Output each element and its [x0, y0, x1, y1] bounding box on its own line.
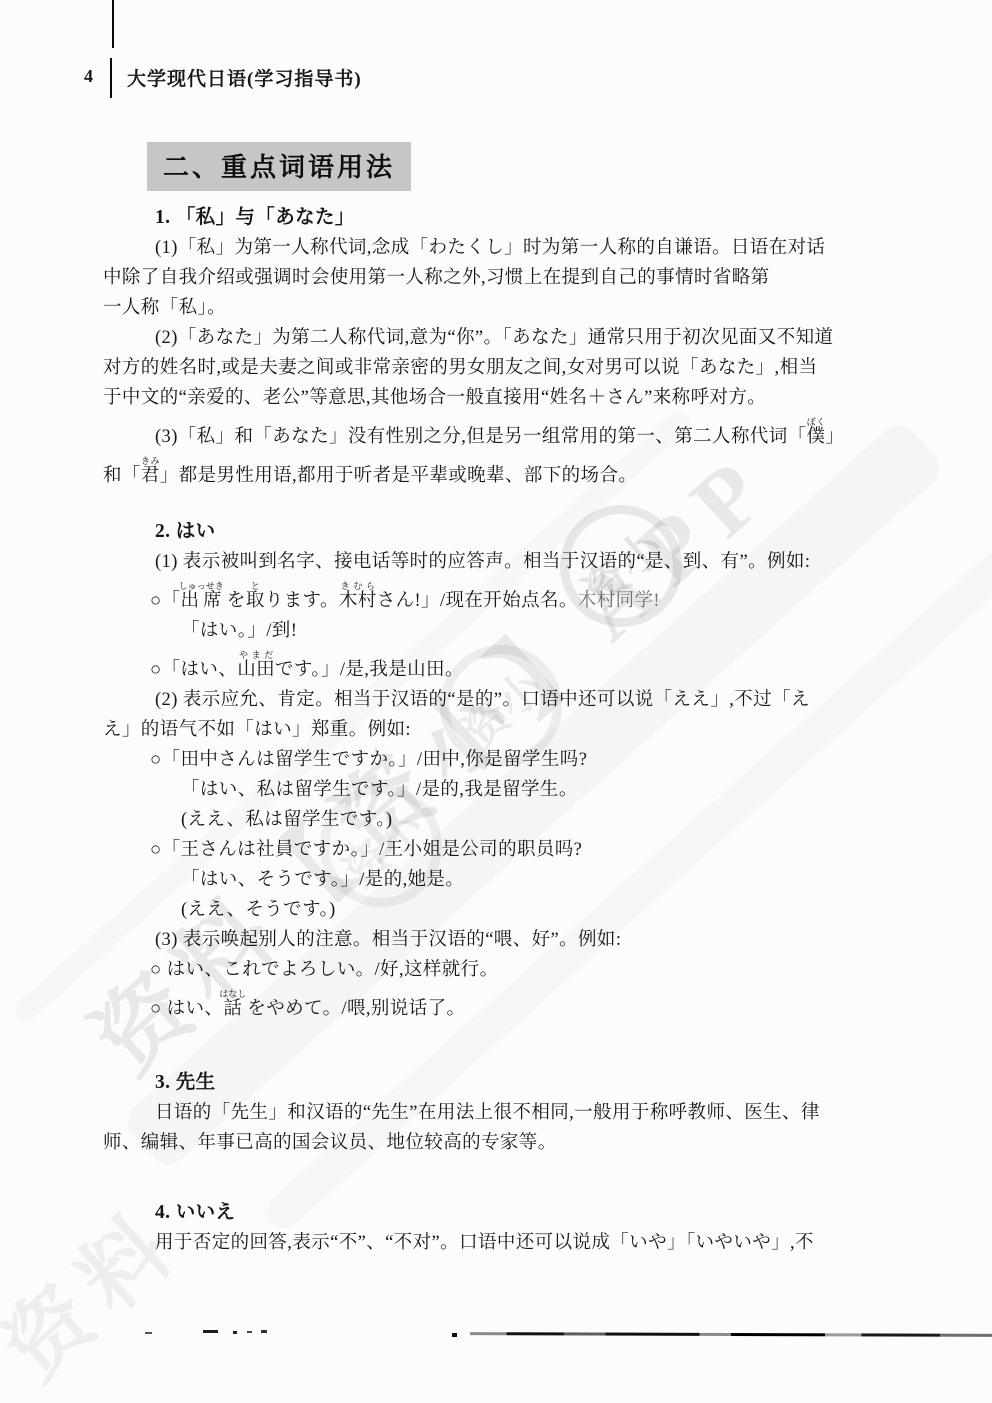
reply-line: (ええ、私は留学生です。) [181, 805, 892, 835]
example-line: ○「田中さんは留学生ですか。」/田中,你是留学生吗? [150, 745, 892, 775]
scan-artifact-line [470, 1332, 992, 1337]
page-content: 二、重点词语用法 1. 「私」与「あなた」(1)「私」为第一人称代词,念成「わた… [0, 0, 992, 1258]
scan-artifact-dot [452, 1333, 457, 1337]
subsection-heading: 2. はい [155, 517, 892, 547]
paragraph-line: (3)「私」和「あなた」没有性别之分,但是另一组常用的第一、第二人称代词「僕ぼく… [103, 413, 892, 452]
scan-artifact-dash [145, 1332, 152, 1334]
content-blocks: 1. 「私」与「あなた」(1)「私」为第一人称代词,念成「わたくし」时为第一人称… [103, 203, 892, 1258]
paragraph-line: (1) 表示被叫到名字、接电话等时的应答声。相当于汉语的“是、到、有”。例如: [103, 547, 892, 577]
paragraph-line: (3) 表示唤起别人的注意。相当于汉语的“喂、好”。例如: [103, 925, 892, 955]
paragraph-line: 日语的「先生」和汉语的“先生”在用法上很不相同,一般用于称呼教师、医生、律 [103, 1098, 892, 1128]
paragraph-line: 对方的姓名时,或是夫妻之间或非常亲密的男女朋友之间,女对男可以说「あなた」,相当 [103, 353, 892, 383]
paragraph-line: (2)「あなた」为第二人称代词,意为“你”。「あなた」通常只用于初次见面又不知道 [103, 323, 892, 353]
paragraph-line: 师、编辑、年事已高的国会议员、地位较高的专家等。 [103, 1128, 892, 1158]
example-line: ○「王さんは社員ですか。」/王小姐是公司的职员吗? [150, 835, 892, 865]
running-header: 4 大学现代日语(学习指导书) [0, 62, 992, 96]
light-print-text: 木村同学! [578, 591, 660, 611]
scan-artifact-dot [247, 1331, 252, 1333]
subsection-heading: 4. いいえ [155, 1198, 892, 1228]
paragraph-line: え」的语气不如「はい」郑重。例如: [103, 715, 892, 745]
reply-line: 「はい。」/到! [181, 616, 892, 646]
subsection-heading: 1. 「私」与「あなた」 [155, 203, 892, 233]
example-line: ○ はい、これでよろしい。/好,这样就行。 [150, 955, 892, 985]
reply-line: 「はい、私は留学生です。」/是的,我是留学生。 [181, 775, 892, 805]
example-line: ○「出席しゅっせき を取とります。木村きむらさん!」/现在开始点名。木村同学! [150, 577, 892, 616]
page: 资料【资小】APP 资料 资小 资小 资小 4 大学现代日语(学习指导书) 二、… [0, 0, 992, 1403]
subsection-heading: 3. 先生 [155, 1068, 892, 1098]
header-divider [110, 58, 112, 98]
paragraph-line: 和「君きみ」都是男性用语,都用于听者是平辈或晚辈、部下的场合。 [103, 452, 892, 491]
scan-artifact-dot [261, 1330, 267, 1333]
paragraph-line: (1)「私」为第一人称代词,念成「わたくし」时为第一人称的自谦语。日语在对话 [103, 233, 892, 263]
example-line: ○ はい、話はなし をやめて。/喂,别说话了。 [150, 985, 892, 1024]
paragraph-line: (2) 表示应允、肯定。相当于汉语的“是的”。口语中还可以说「ええ」,不过「え [103, 685, 892, 715]
scan-artifact-dot [233, 1331, 237, 1334]
paragraph-line: 中除了自我介绍或强调时会使用第一人称之外,习惯上在提到自己的事情时省略第 [103, 263, 892, 293]
section-heading: 二、重点词语用法 [147, 142, 411, 191]
page-top-rule [112, 0, 114, 48]
reply-line: (ええ、そうです。) [181, 895, 892, 925]
scan-artifact-dash [203, 1330, 218, 1333]
paragraph-line: 用于否定的回答,表示“不”、“不对”。口语中还可以说成「いや」「いやいや」,不 [103, 1228, 892, 1258]
paragraph-line: 一人称「私」。 [103, 293, 892, 323]
page-number: 4 [84, 66, 93, 87]
example-line: ○「はい、山田やまだです。」/是,我是山田。 [150, 646, 892, 685]
paragraph-line: 于中文的“亲爱的、老公”等意思,其他场合一般直接用“姓名＋さん”来称呼对方。 [103, 383, 892, 413]
header-title: 大学现代日语(学习指导书) [127, 64, 362, 91]
reply-line: 「はい、そうです。」/是的,她是。 [181, 865, 892, 895]
